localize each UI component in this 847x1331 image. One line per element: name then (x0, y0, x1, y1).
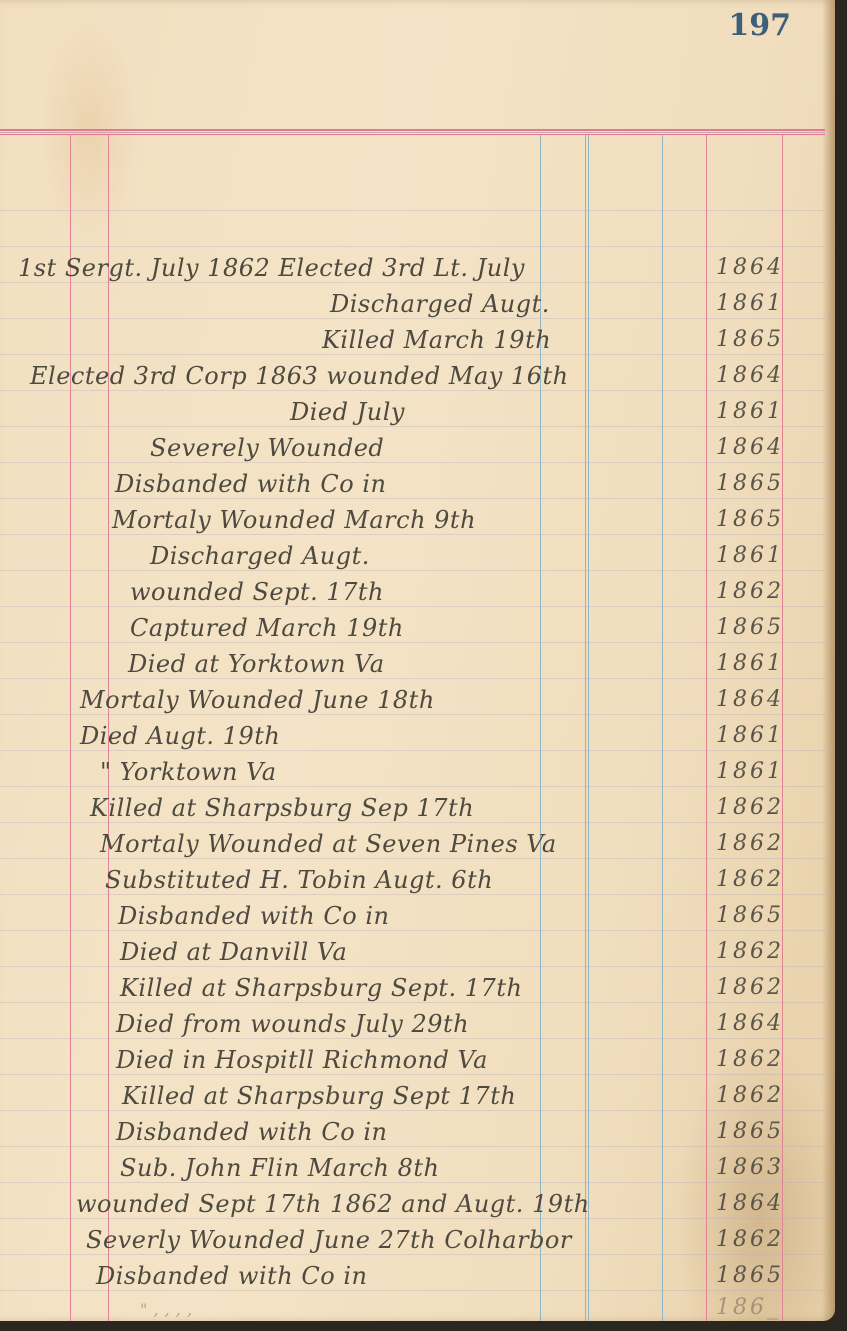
entry-remark: Disbanded with Co in (118, 898, 389, 934)
entry-year: 1861 (716, 394, 784, 430)
entry-year: 1864 (716, 358, 784, 394)
entry-remark: Killed at Sharpsburg Sept. 17th (120, 970, 522, 1006)
header-rule (0, 129, 825, 131)
page-number: 197 (728, 8, 791, 43)
entry-remark: Died at Yorktown Va (128, 646, 385, 682)
entry-remark: Killed at Sharpsburg Sep 17th (90, 790, 474, 826)
entry-remark: Mortaly Wounded at Seven Pines Va (100, 826, 557, 862)
entry-year: 1865 (716, 898, 784, 934)
entry-year: 1864 (716, 682, 784, 718)
entry-year: 1862 (716, 790, 784, 826)
entry-year: 1862 (716, 826, 784, 862)
entry-year: 1861 (716, 718, 784, 754)
entry-year: 1861 (716, 754, 784, 790)
entry-year: 1862 (716, 934, 784, 970)
entry-remark: Died Augt. 19th (80, 718, 280, 754)
entry-year: 1865 (716, 322, 784, 358)
entry-remark: Captured March 19th (130, 610, 404, 646)
entry-remark: Severely Wounded (150, 430, 384, 466)
entry-year: 1862 (716, 1078, 784, 1114)
entry-remark: Died at Danvill Va (120, 934, 347, 970)
entry-year: 1862 (716, 862, 784, 898)
entry-remark: Elected 3rd Corp 1863 wounded May 16th (30, 358, 569, 394)
year-column-rule-left (706, 135, 707, 1321)
entry-remark: Disbanded with Co in (116, 1114, 387, 1150)
entry-year: 1864 (716, 1006, 784, 1042)
entry-year: 1865 (716, 610, 784, 646)
entry-remark: Severly Wounded June 27th Colharbor (86, 1222, 572, 1258)
entry-year: 1865 (716, 466, 784, 502)
header-rule-middle (0, 132, 825, 133)
entry-year: 1862 (716, 1222, 784, 1258)
entry-year: 1864 (716, 430, 784, 466)
entry-year: 1861 (716, 538, 784, 574)
entry-remark: Substituted H. Tobin Augt. 6th (105, 862, 493, 898)
entry-remark: Disbanded with Co in (96, 1258, 367, 1294)
entry-year: 1865 (716, 1114, 784, 1150)
entry-year: 1861 (716, 646, 784, 682)
entry-remark: Mortaly Wounded March 9th (112, 502, 476, 538)
column-rule-blue-3 (588, 135, 589, 1321)
entry-remark: Died in Hospitll Richmond Va (116, 1042, 488, 1078)
entry-remark: 1st Sergt. July 1862 Elected 3rd Lt. Jul… (18, 250, 525, 286)
entry-remark: Sub. John Flin March 8th (120, 1150, 439, 1186)
entry-year: 1861 (716, 286, 784, 322)
entry-remark: " Yorktown Va (100, 754, 277, 790)
entry-year: 1864 (716, 250, 784, 286)
entry-year: 1862 (716, 1042, 784, 1078)
entry-remark: Killed at Sharpsburg Sept 17th (122, 1078, 516, 1114)
margin-rule-1 (70, 135, 71, 1321)
entry-remark: wounded Sept. 17th (130, 574, 384, 610)
entry-year: 1862 (716, 970, 784, 1006)
entry-remark: Mortaly Wounded June 18th (80, 682, 435, 718)
entry-year: 186_ (716, 1290, 784, 1321)
entry-remark: Died July (290, 394, 405, 430)
ledger-page: 197 1st Sergt. July 1862 Elected 3rd Lt.… (0, 0, 835, 1321)
entry-year: 1862 (716, 574, 784, 610)
entry-year: 1865 (716, 1258, 784, 1294)
entry-remark: Killed March 19th (322, 322, 551, 358)
entry-year: 1863 (716, 1150, 784, 1186)
entry-remark: Died from wounds July 29th (116, 1006, 469, 1042)
entry-remark: Discharged Augt. (150, 538, 370, 574)
entry-remark: Disbanded with Co in (115, 466, 386, 502)
page-edge (823, 0, 835, 1321)
column-rule-blue-2 (585, 135, 586, 1321)
column-rule-blue-4 (662, 135, 663, 1321)
entry-remark: wounded Sept 17th 1862 and Augt. 19th (76, 1186, 590, 1222)
entry-remark-ditto: " , , , , (140, 1292, 193, 1321)
entry-remark: Discharged Augt. (330, 286, 550, 322)
entry-year: 1865 (716, 502, 784, 538)
header-rule-bottom (0, 134, 825, 135)
entry-year: 1864 (716, 1186, 784, 1222)
